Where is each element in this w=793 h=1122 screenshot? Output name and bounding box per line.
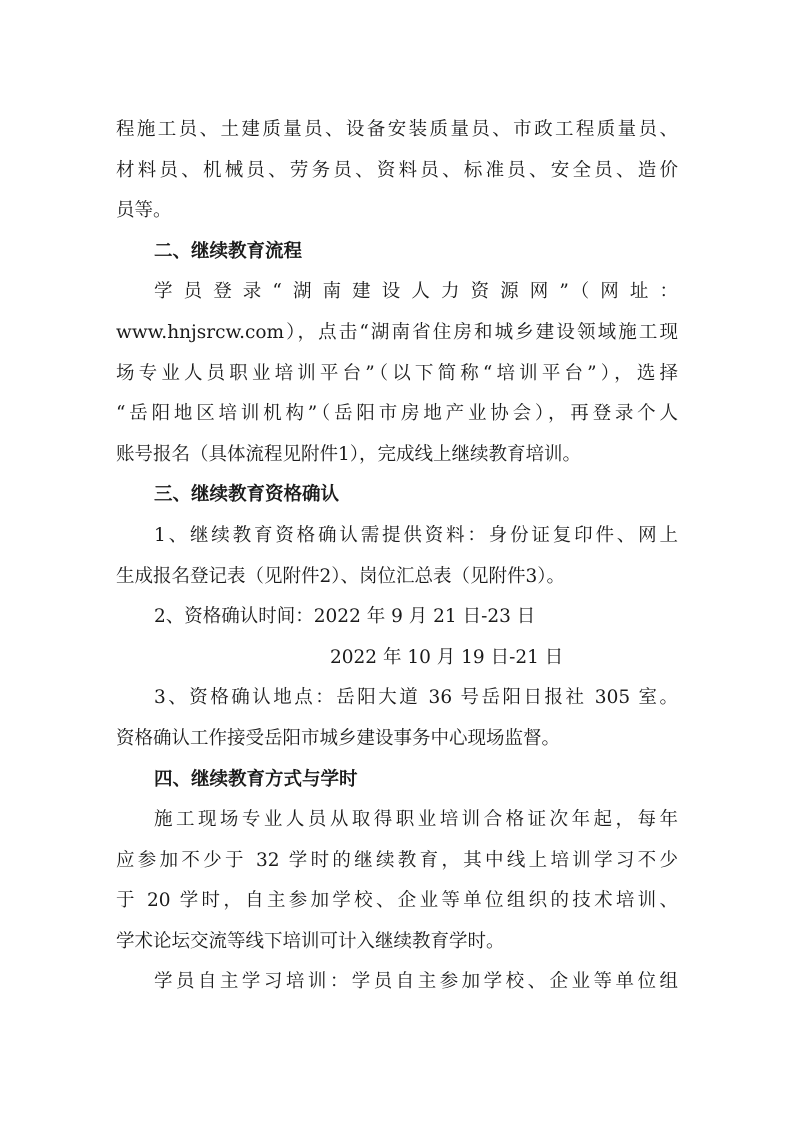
section-heading-qualification: 三、继续教育资格确认 [116,475,678,516]
body-text-line: 生成报名登记表（见附件2）、岗位汇总表（见附件3）。 [116,557,678,598]
body-text-line: 资格确认工作接受岳阳市城乡建设事务中心现场监督。 [116,719,678,760]
body-text-line: “岳阳地区培训机构”（岳阳市房地产业协会），再登录个人 [116,394,678,435]
body-text-line: 员等。 [116,191,678,232]
section-heading-process: 二、继续教育流程 [116,232,678,273]
section-heading-method-hours: 四、继续教育方式与学时 [116,760,678,801]
body-text-line: 学员自主学习培训：学员自主参加学校、企业等单位组 [116,962,678,1003]
body-text-line: 场专业人员职业培训平台”（以下简称“培训平台”），选择 [116,354,678,395]
body-text-line: 施工现场专业人员从取得职业培训合格证次年起，每年 [116,800,678,841]
confirmation-time-line-2: 2022 年 10 月 19 日-21 日 [116,638,678,679]
body-text-line: 1、继续教育资格确认需提供资料：身份证复印件、网上 [116,516,678,557]
body-text-line: 学员登录“湖南建设人力资源网”（网址： [116,272,678,313]
confirmation-location-line: 3、资格确认地点：岳阳大道 36 号岳阳日报社 305 室。 [116,678,678,719]
body-text-line: 于 20 学时，自主参加学校、企业等单位组织的技术培训、 [116,881,678,922]
body-text-line: www.hnjsrcw.com），点击“湖南省住房和城乡建设领域施工现 [116,313,678,354]
body-text-line: 材料员、机械员、劳务员、资料员、标准员、安全员、造价 [116,151,678,192]
body-text-line: 应参加不少于 32 学时的继续教育，其中线上培训学习不少 [116,841,678,882]
document-page: 程施工员、土建质量员、设备安装质量员、市政工程质量员、 材料员、机械员、劳务员、… [116,110,678,1003]
body-text-line: 账号报名（具体流程见附件1），完成线上继续教育培训。 [116,435,678,476]
body-text-line: 程施工员、土建质量员、设备安装质量员、市政工程质量员、 [116,110,678,151]
body-text-line: 学术论坛交流等线下培训可计入继续教育学时。 [116,922,678,963]
confirmation-time-line: 2、资格确认时间：2022 年 9 月 21 日-23 日 [116,597,678,638]
